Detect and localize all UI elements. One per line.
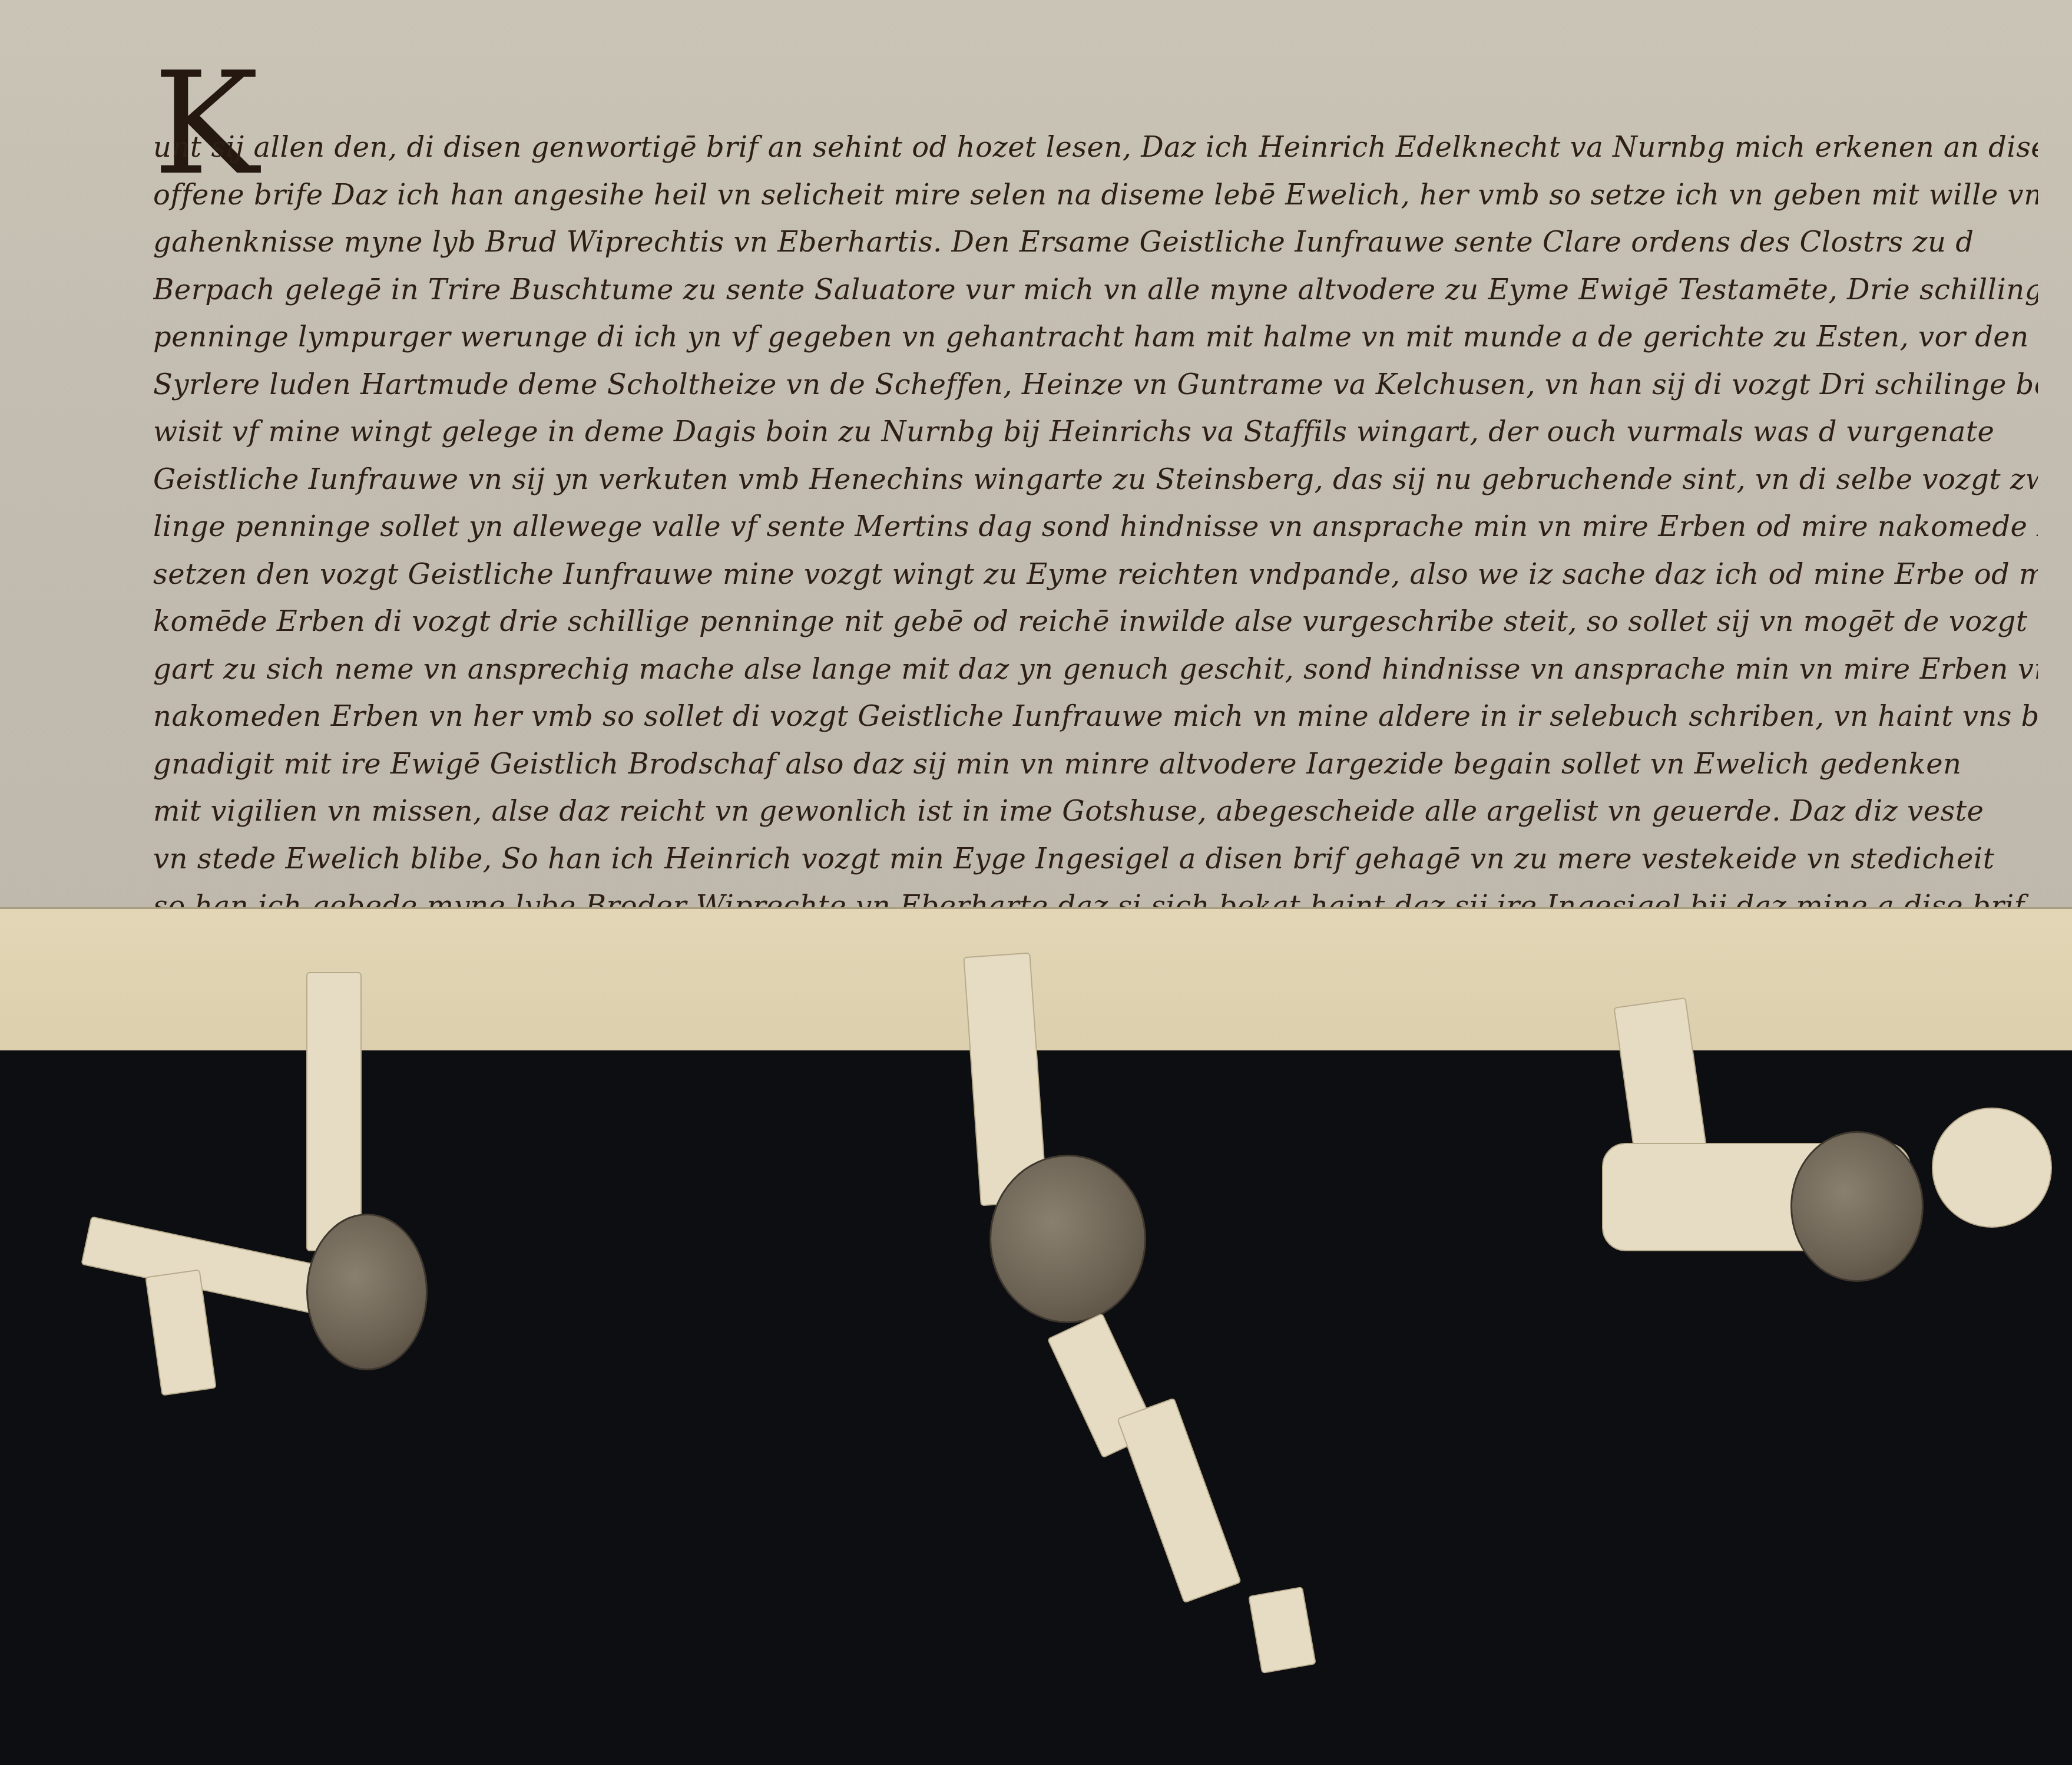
text-line: unt sij allen den, di disen genwortigē b… (153, 124, 2038, 171)
left-seal-tag (306, 972, 362, 1251)
right-seal-tag-loop (1932, 1108, 2052, 1228)
center-seal-tag-ribbon (1117, 1397, 1242, 1603)
text-line: penninge lympurger werunge di ich yn vf … (153, 313, 2038, 361)
text-line: Syrlere luden Hartmude deme Scholtheize … (153, 361, 2038, 409)
left-seal (306, 1214, 428, 1370)
text-line: wisit vf mine wingt gelege in deme Dagis… (153, 408, 2038, 456)
text-line: Berpach gelegē in Trire Buschtume zu sen… (153, 266, 2038, 314)
text-line: nakomeden Erben vn her vmb so sollet di … (153, 693, 2038, 741)
text-line: mit vigilien vn missen, alse daz reicht … (153, 788, 2038, 835)
text-line: vn stede Ewelich blibe, So han ich Heinr… (153, 835, 2038, 883)
center-seal-tag-ribbon (1248, 1586, 1316, 1674)
text-line: gart zu sich neme vn ansprechig mache al… (153, 646, 2038, 693)
text-line: Geistliche Iunfrauwe vn sij yn verkuten … (153, 456, 2038, 504)
charter-text: unt sij allen den, di disen genwortigē b… (153, 124, 2038, 977)
charter-parchment: K unt sij allen den, di disen genwortigē… (0, 0, 2072, 1049)
text-line: gahenknisse myne lyb Brud Wiprechtis vn … (153, 219, 2038, 266)
text-line: komēde Erben di vozgt drie schillige pen… (153, 598, 2038, 646)
text-line: setzen den vozgt Geistliche Iunfrauwe mi… (153, 551, 2038, 599)
center-seal (989, 1155, 1146, 1323)
text-line: offene brife Daz ich han angesihe heil v… (153, 171, 2038, 219)
right-seal (1790, 1131, 1924, 1282)
text-line: linge penninge sollet yn allewege valle … (153, 503, 2038, 551)
text-line: gnadigit mit ire Ewigē Geistlich Brodsch… (153, 741, 2038, 788)
